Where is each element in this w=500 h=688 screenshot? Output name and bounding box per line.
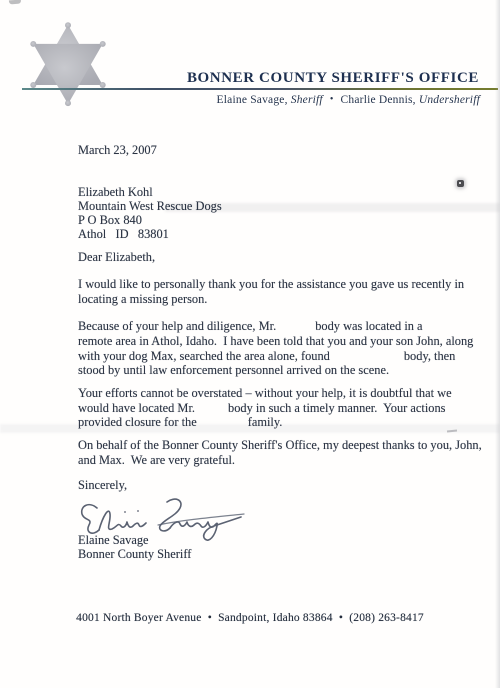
paragraph2-line: stood by until law enforcement personnel… bbox=[78, 363, 389, 378]
bullet-separator: • bbox=[323, 94, 341, 105]
paragraph1-line: locating a missing person. bbox=[78, 292, 207, 307]
salutation: Dear Elizabeth, bbox=[78, 250, 155, 265]
closing: Sincerely, bbox=[78, 478, 127, 493]
undersheriff-name: Charlie Dennis, bbox=[341, 94, 416, 106]
redacted-name-gap bbox=[197, 425, 248, 426]
redacted-name-gap bbox=[276, 329, 315, 330]
scanned-letter-page: BONNER COUNTY SHERIFF'S OFFICE Elaine Sa… bbox=[0, 0, 500, 688]
paragraph2-text: body, then bbox=[404, 349, 456, 363]
undersheriff-title: Undersheriff bbox=[419, 94, 480, 106]
paragraph3-line: provided closure for thefamily. bbox=[78, 415, 282, 430]
letterhead-officials: Elaine Savage, Sheriff•Charlie Dennis, U… bbox=[217, 94, 480, 106]
footer-address-line: 4001 North Boyer Avenue • Sandpoint, Ida… bbox=[0, 612, 500, 624]
paragraph2-text: with your dog Max, searched the area alo… bbox=[78, 349, 330, 363]
letter-date: March 23, 2007 bbox=[78, 143, 157, 158]
paragraph2-text: Because of your help and diligence, Mr. bbox=[78, 319, 276, 333]
paragraph1-line: I would like to personally thank you for… bbox=[78, 277, 464, 292]
recipient-org: Mountain West Rescue Dogs bbox=[78, 199, 222, 214]
paragraph4-line: On behalf of the Bonner County Sheriff's… bbox=[78, 438, 482, 453]
scan-artifact-speck bbox=[457, 180, 464, 187]
paragraph2-line: with your dog Max, searched the area alo… bbox=[78, 349, 455, 364]
recipient-address1: P O Box 840 bbox=[78, 213, 142, 228]
paragraph4-line: and Max. We are very grateful. bbox=[78, 453, 235, 468]
signer-title: Bonner County Sheriff bbox=[78, 547, 191, 562]
paragraph2-text: body was located in a bbox=[315, 319, 422, 333]
letterhead-office-name: BONNER COUNTY SHERIFF'S OFFICE bbox=[187, 70, 479, 87]
paragraph3-text: would have located Mr. bbox=[78, 401, 195, 415]
letterhead-rule bbox=[22, 88, 498, 90]
redacted-name-gap bbox=[330, 359, 404, 360]
paragraph2-line: remote area in Athol, Idaho. I have been… bbox=[78, 334, 473, 349]
paragraph3-text: family. bbox=[248, 415, 283, 429]
recipient-address2: Athol ID 83801 bbox=[78, 227, 169, 242]
scan-artifact-corner bbox=[9, 0, 21, 4]
sheriff-name: Elaine Savage, bbox=[217, 94, 288, 106]
redacted-name-gap bbox=[195, 411, 228, 412]
recipient-name: Elizabeth Kohl bbox=[78, 185, 153, 200]
sheriff-star-badge-icon bbox=[26, 21, 110, 107]
signer-name: Elaine Savage bbox=[78, 533, 149, 548]
paragraph3-line: would have located Mr.body in such a tim… bbox=[78, 401, 446, 416]
paragraph2-line: Because of your help and diligence, Mr.b… bbox=[78, 319, 423, 334]
sheriff-title: Sheriff bbox=[291, 94, 323, 106]
paragraph3-text: provided closure for the bbox=[78, 415, 197, 429]
paragraph3-text: body in such a timely manner. Your actio… bbox=[228, 401, 446, 415]
paragraph3-line: Your efforts cannot be overstated – with… bbox=[78, 386, 452, 401]
